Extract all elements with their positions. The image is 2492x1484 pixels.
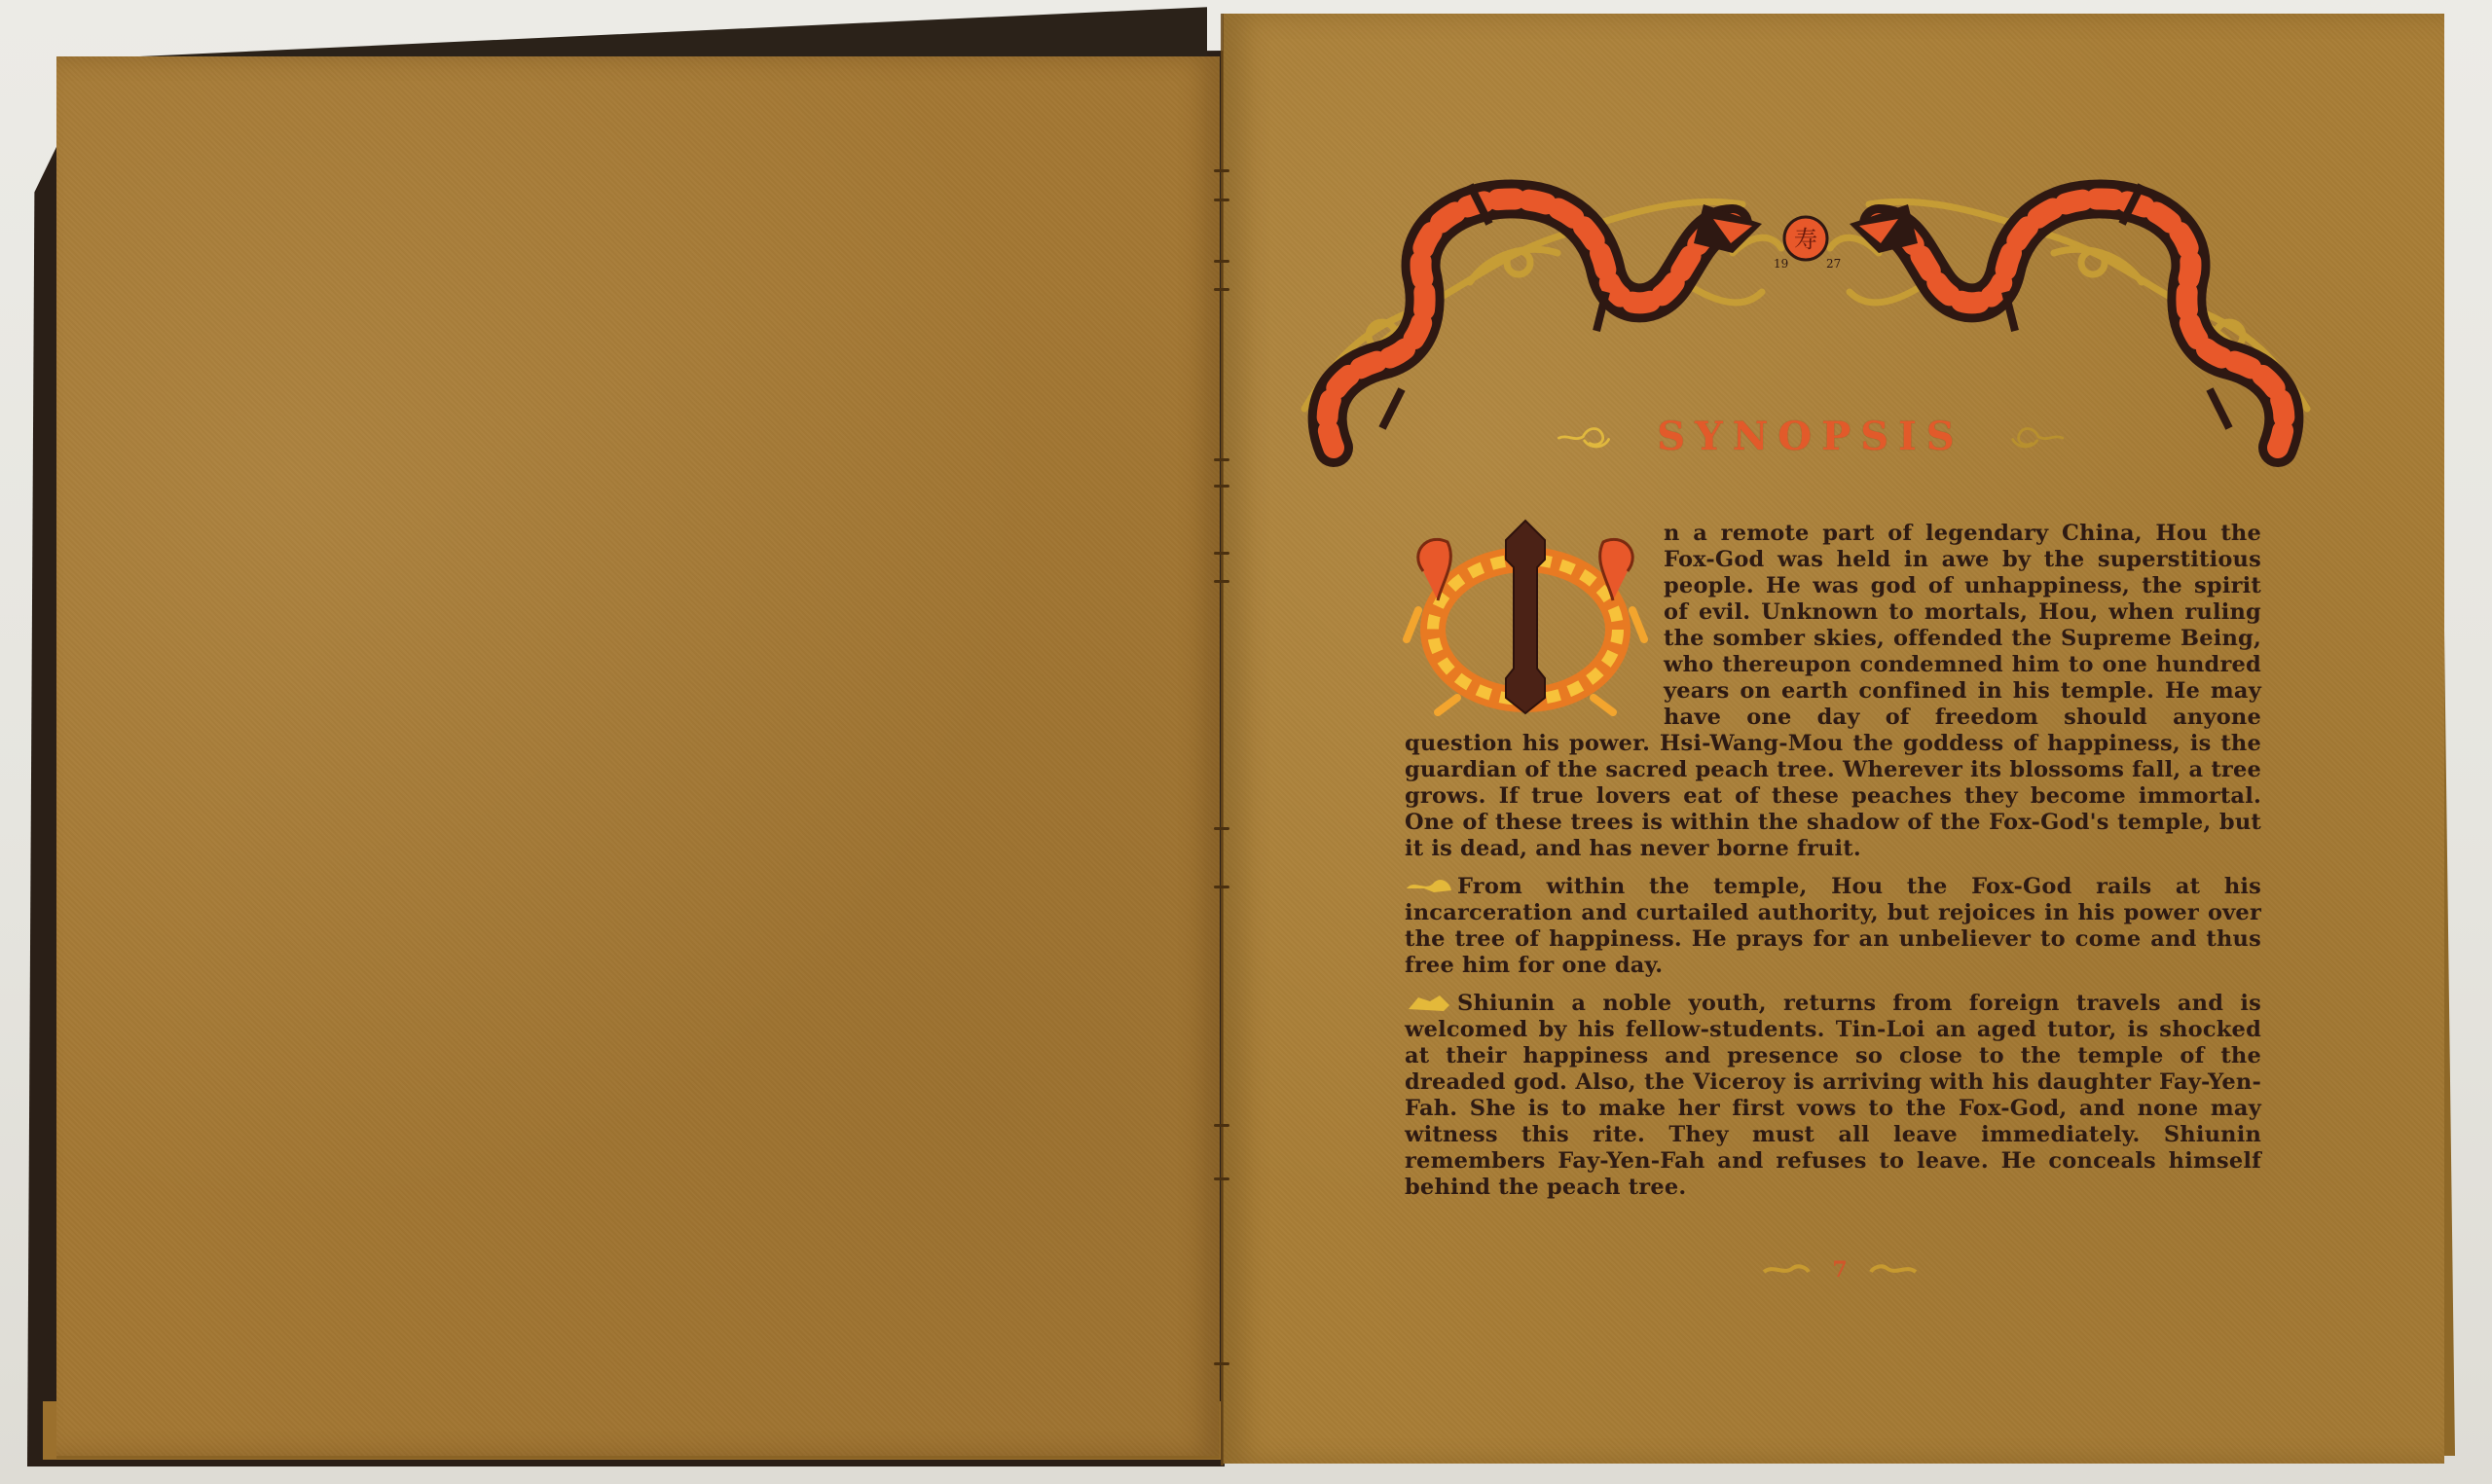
paragraph-3-text: Shiunin a noble youth, returns from fore… [1405,991,2261,1200]
pearl-glyph: 寿 [1794,226,1817,253]
paragraph-3: Shiunin a noble youth, returns from fore… [1405,991,2261,1201]
binding-stitch [1214,169,1229,172]
binding-stitch [1214,1124,1229,1127]
binding-stitch [1214,458,1229,461]
binding-stitch [1214,1362,1229,1365]
left-page-blank [56,56,1220,1459]
paragraph-1: I n a remote part of legendary China, Ho… [1405,521,2261,862]
drop-cap-illuminated: I [1399,513,1652,717]
folio-ornament-icon [1869,1262,1918,1278]
date-right: 27 [1826,257,1841,271]
date-left: 19 [1774,257,1788,271]
gold-paragraph-ornament-icon [1405,875,1453,896]
paragraph-2: From within the temple, Hou the Fox-God … [1405,874,2261,979]
binding-stitch [1214,886,1229,888]
gold-cloud-ornament-icon [2003,414,2064,458]
binding-stitch [1214,580,1229,583]
binding-stitch [1214,260,1229,263]
gold-cloud-ornament-icon [1557,414,1618,458]
paragraph-2-text: From within the temple, Hou the Fox-God … [1405,874,2261,978]
synopsis-title: SYNOPSIS [1657,414,1963,459]
twin-dragon-drop-cap-icon [1399,513,1652,717]
gold-paragraph-ornament-icon [1405,992,1453,1013]
page-number: 7 [1832,1257,1847,1283]
book-cover-top-edge [97,0,1207,58]
binding-stitch [1214,1177,1229,1180]
binding-stitch [1214,485,1229,488]
binding-stitch [1214,552,1229,555]
page-folio: 7 [1742,1255,1937,1285]
folio-ornament-icon [1762,1262,1811,1278]
binding-stitch [1214,288,1229,291]
binding-stitch [1214,199,1229,201]
binding-stitch [1214,827,1229,830]
book-spine-gutter [1221,14,1224,1466]
synopsis-text: I n a remote part of legendary China, Ho… [1405,521,2261,1213]
section-title-row: SYNOPSIS [1557,409,2064,463]
